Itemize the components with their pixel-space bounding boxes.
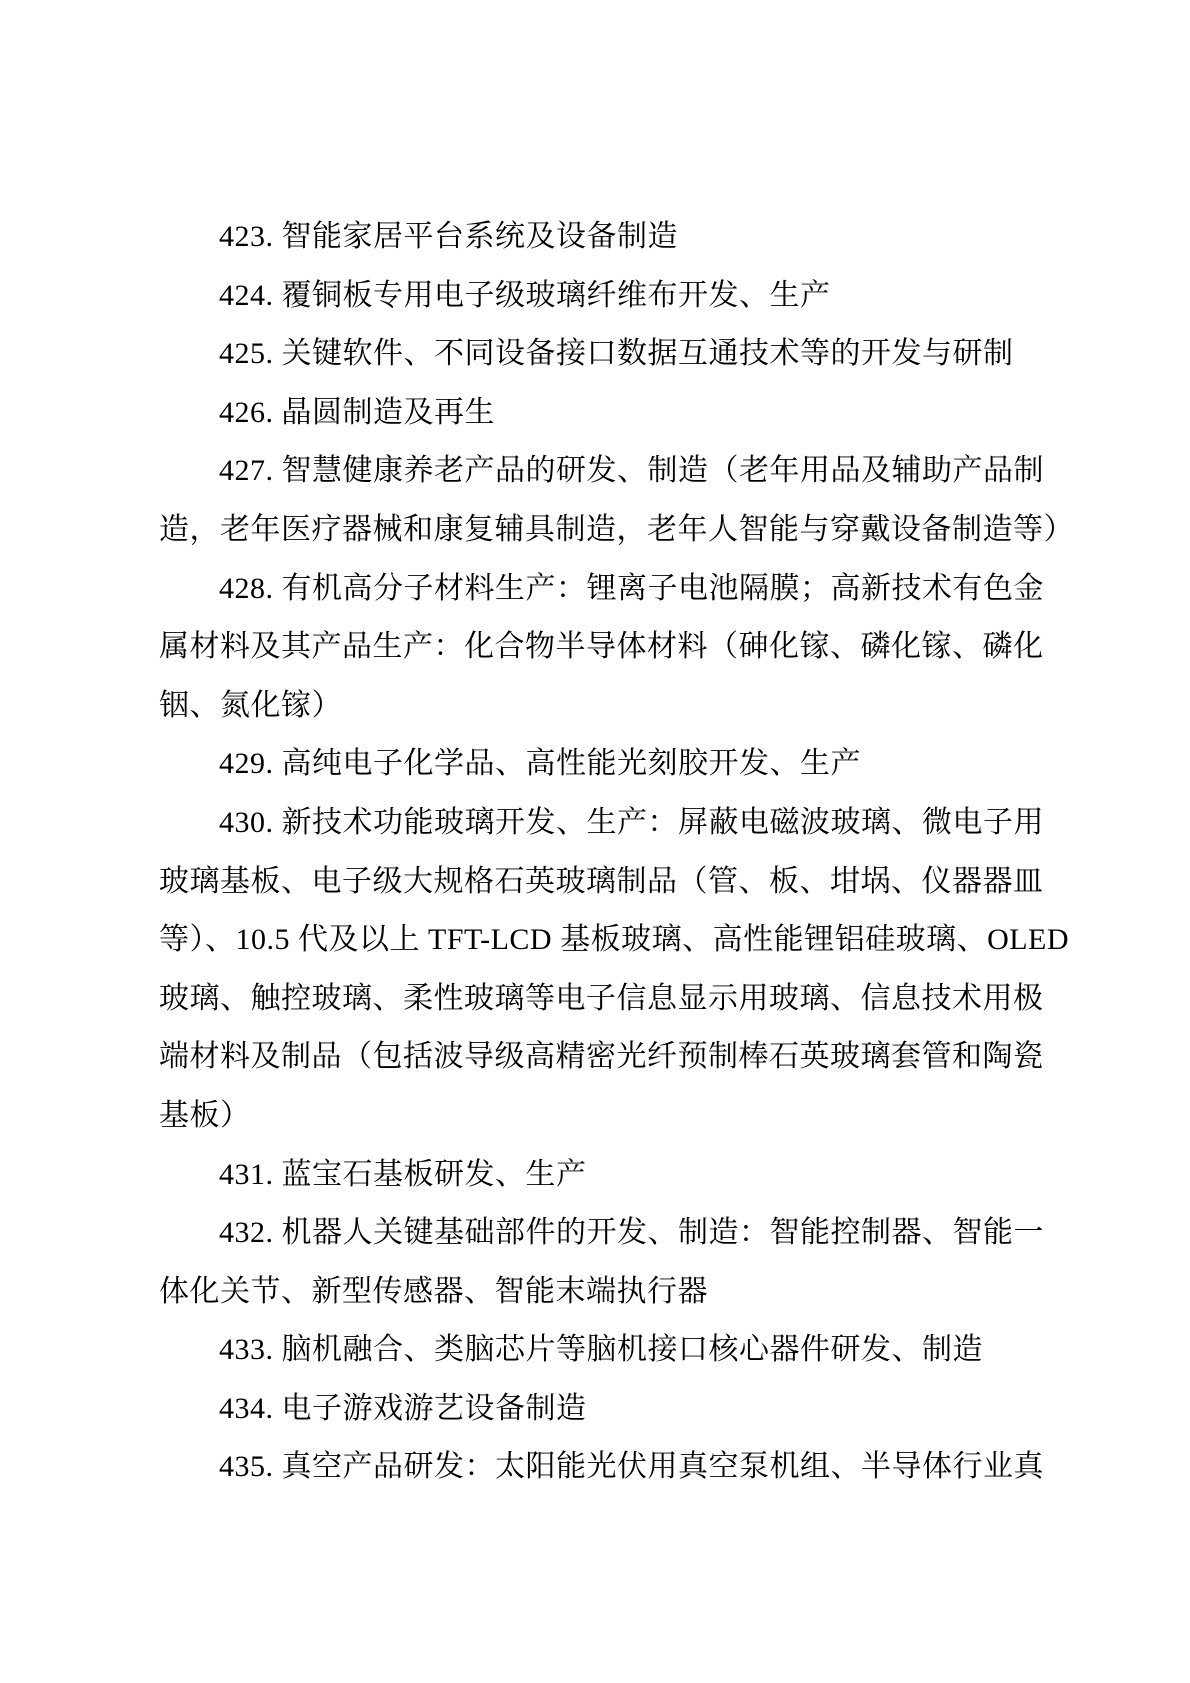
- list-item: 433. 脑机融合、类脑芯片等脑机接口核心器件研发、制造: [159, 1321, 1009, 1380]
- text-line: 428. 有机高分子材料生产：锂离子电池隔膜；高新技术有色金: [159, 560, 1009, 619]
- list-item: 423. 智能家居平台系统及设备制造: [159, 208, 1009, 267]
- text-line: 431. 蓝宝石基板研发、生产: [159, 1146, 1009, 1205]
- text-line: 435. 真空产品研发：太阳能光伏用真空泵机组、半导体行业真: [159, 1438, 1009, 1497]
- text-line: 端材料及制品（包括波导级高精密光纤预制棒石英玻璃套管和陶瓷: [159, 1028, 1009, 1087]
- numbered-list-container: 423. 智能家居平台系统及设备制造424. 覆铜板专用电子级玻璃纤维布开发、生…: [159, 208, 1009, 1497]
- list-item: 428. 有机高分子材料生产：锂离子电池隔膜；高新技术有色金属材料及其产品生产：…: [159, 560, 1009, 736]
- text-line: 等）、10.5 代及以上 TFT-LCD 基板玻璃、高性能锂铝硅玻璃、OLED: [159, 911, 1009, 970]
- list-item: 424. 覆铜板专用电子级玻璃纤维布开发、生产: [159, 267, 1009, 326]
- list-item: 434. 电子游戏游艺设备制造: [159, 1380, 1009, 1439]
- text-line: 432. 机器人关键基础部件的开发、制造：智能控制器、智能一: [159, 1204, 1009, 1263]
- list-item: 430. 新技术功能玻璃开发、生产：屏蔽电磁波玻璃、微电子用玻璃基板、电子级大规…: [159, 794, 1009, 1146]
- text-line: 423. 智能家居平台系统及设备制造: [159, 208, 1009, 267]
- list-item: 427. 智慧健康养老产品的研发、制造（老年用品及辅助产品制造，老年医疗器械和康…: [159, 442, 1009, 559]
- text-line: 429. 高纯电子化学品、高性能光刻胶开发、生产: [159, 735, 1009, 794]
- text-line: 基板）: [159, 1087, 1009, 1146]
- list-item: 432. 机器人关键基础部件的开发、制造：智能控制器、智能一体化关节、新型传感器…: [159, 1204, 1009, 1321]
- text-line: 425. 关键软件、不同设备接口数据互通技术等的开发与研制: [159, 325, 1009, 384]
- text-line: 426. 晶圆制造及再生: [159, 384, 1009, 443]
- document-page: 423. 智能家居平台系统及设备制造424. 覆铜板专用电子级玻璃纤维布开发、生…: [0, 0, 1190, 1683]
- text-line: 433. 脑机融合、类脑芯片等脑机接口核心器件研发、制造: [159, 1321, 1009, 1380]
- text-line: 造，老年医疗器械和康复辅具制造，老年人智能与穿戴设备制造等）: [159, 501, 1009, 560]
- text-line: 玻璃基板、电子级大规格石英玻璃制品（管、板、坩埚、仪器器皿: [159, 853, 1009, 912]
- text-line: 424. 覆铜板专用电子级玻璃纤维布开发、生产: [159, 267, 1009, 326]
- list-item: 435. 真空产品研发：太阳能光伏用真空泵机组、半导体行业真: [159, 1438, 1009, 1497]
- list-item: 431. 蓝宝石基板研发、生产: [159, 1146, 1009, 1205]
- list-item: 426. 晶圆制造及再生: [159, 384, 1009, 443]
- text-line: 铟、氮化镓）: [159, 677, 1009, 736]
- list-item: 429. 高纯电子化学品、高性能光刻胶开发、生产: [159, 735, 1009, 794]
- text-line: 体化关节、新型传感器、智能末端执行器: [159, 1263, 1009, 1322]
- list-item: 425. 关键软件、不同设备接口数据互通技术等的开发与研制: [159, 325, 1009, 384]
- text-line: 玻璃、触控玻璃、柔性玻璃等电子信息显示用玻璃、信息技术用极: [159, 970, 1009, 1029]
- text-line: 属材料及其产品生产：化合物半导体材料（砷化镓、磷化镓、磷化: [159, 618, 1009, 677]
- text-line: 430. 新技术功能玻璃开发、生产：屏蔽电磁波玻璃、微电子用: [159, 794, 1009, 853]
- text-line: 427. 智慧健康养老产品的研发、制造（老年用品及辅助产品制: [159, 442, 1009, 501]
- text-line: 434. 电子游戏游艺设备制造: [159, 1380, 1009, 1439]
